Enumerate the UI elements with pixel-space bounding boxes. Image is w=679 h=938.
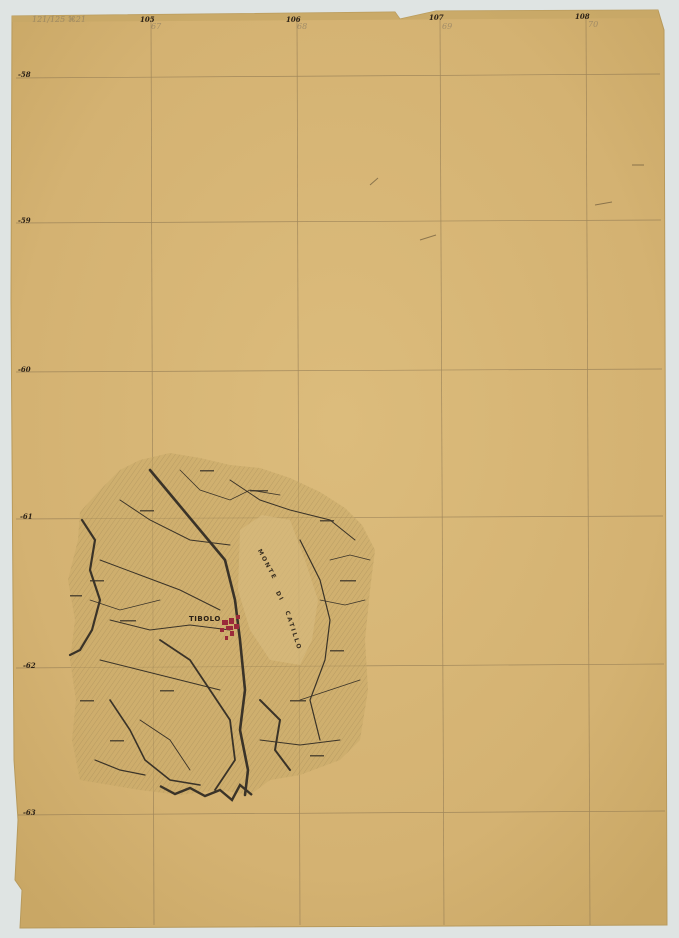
town-label: TIBOLO [189,615,221,623]
grid-row-label: -63 [23,809,36,816]
grid-column-label: 106 [286,16,301,23]
grid-row-label: -62 [23,662,36,669]
grid-column-label: 105 [140,16,155,23]
grid-row-label: -61 [20,513,33,520]
pencil-col-note: 70 [588,20,598,29]
pencil-col-note: 69 [442,22,452,31]
grid-row-label: -58 [18,71,31,78]
map-canvas [0,0,679,938]
map-sheet: 121/125 ⌘21 67 68 69 70 105 106 107 108 … [0,0,679,938]
grid-column-label: 108 [575,13,590,20]
grid-row-label: -59 [18,217,31,224]
grid-column-label: 107 [429,14,444,21]
paper-sheet [11,10,667,928]
pencil-archive-note: 121/125 ⌘21 [32,15,86,24]
grid-row-label: -60 [18,366,31,373]
topographic-map-area [68,453,375,800]
